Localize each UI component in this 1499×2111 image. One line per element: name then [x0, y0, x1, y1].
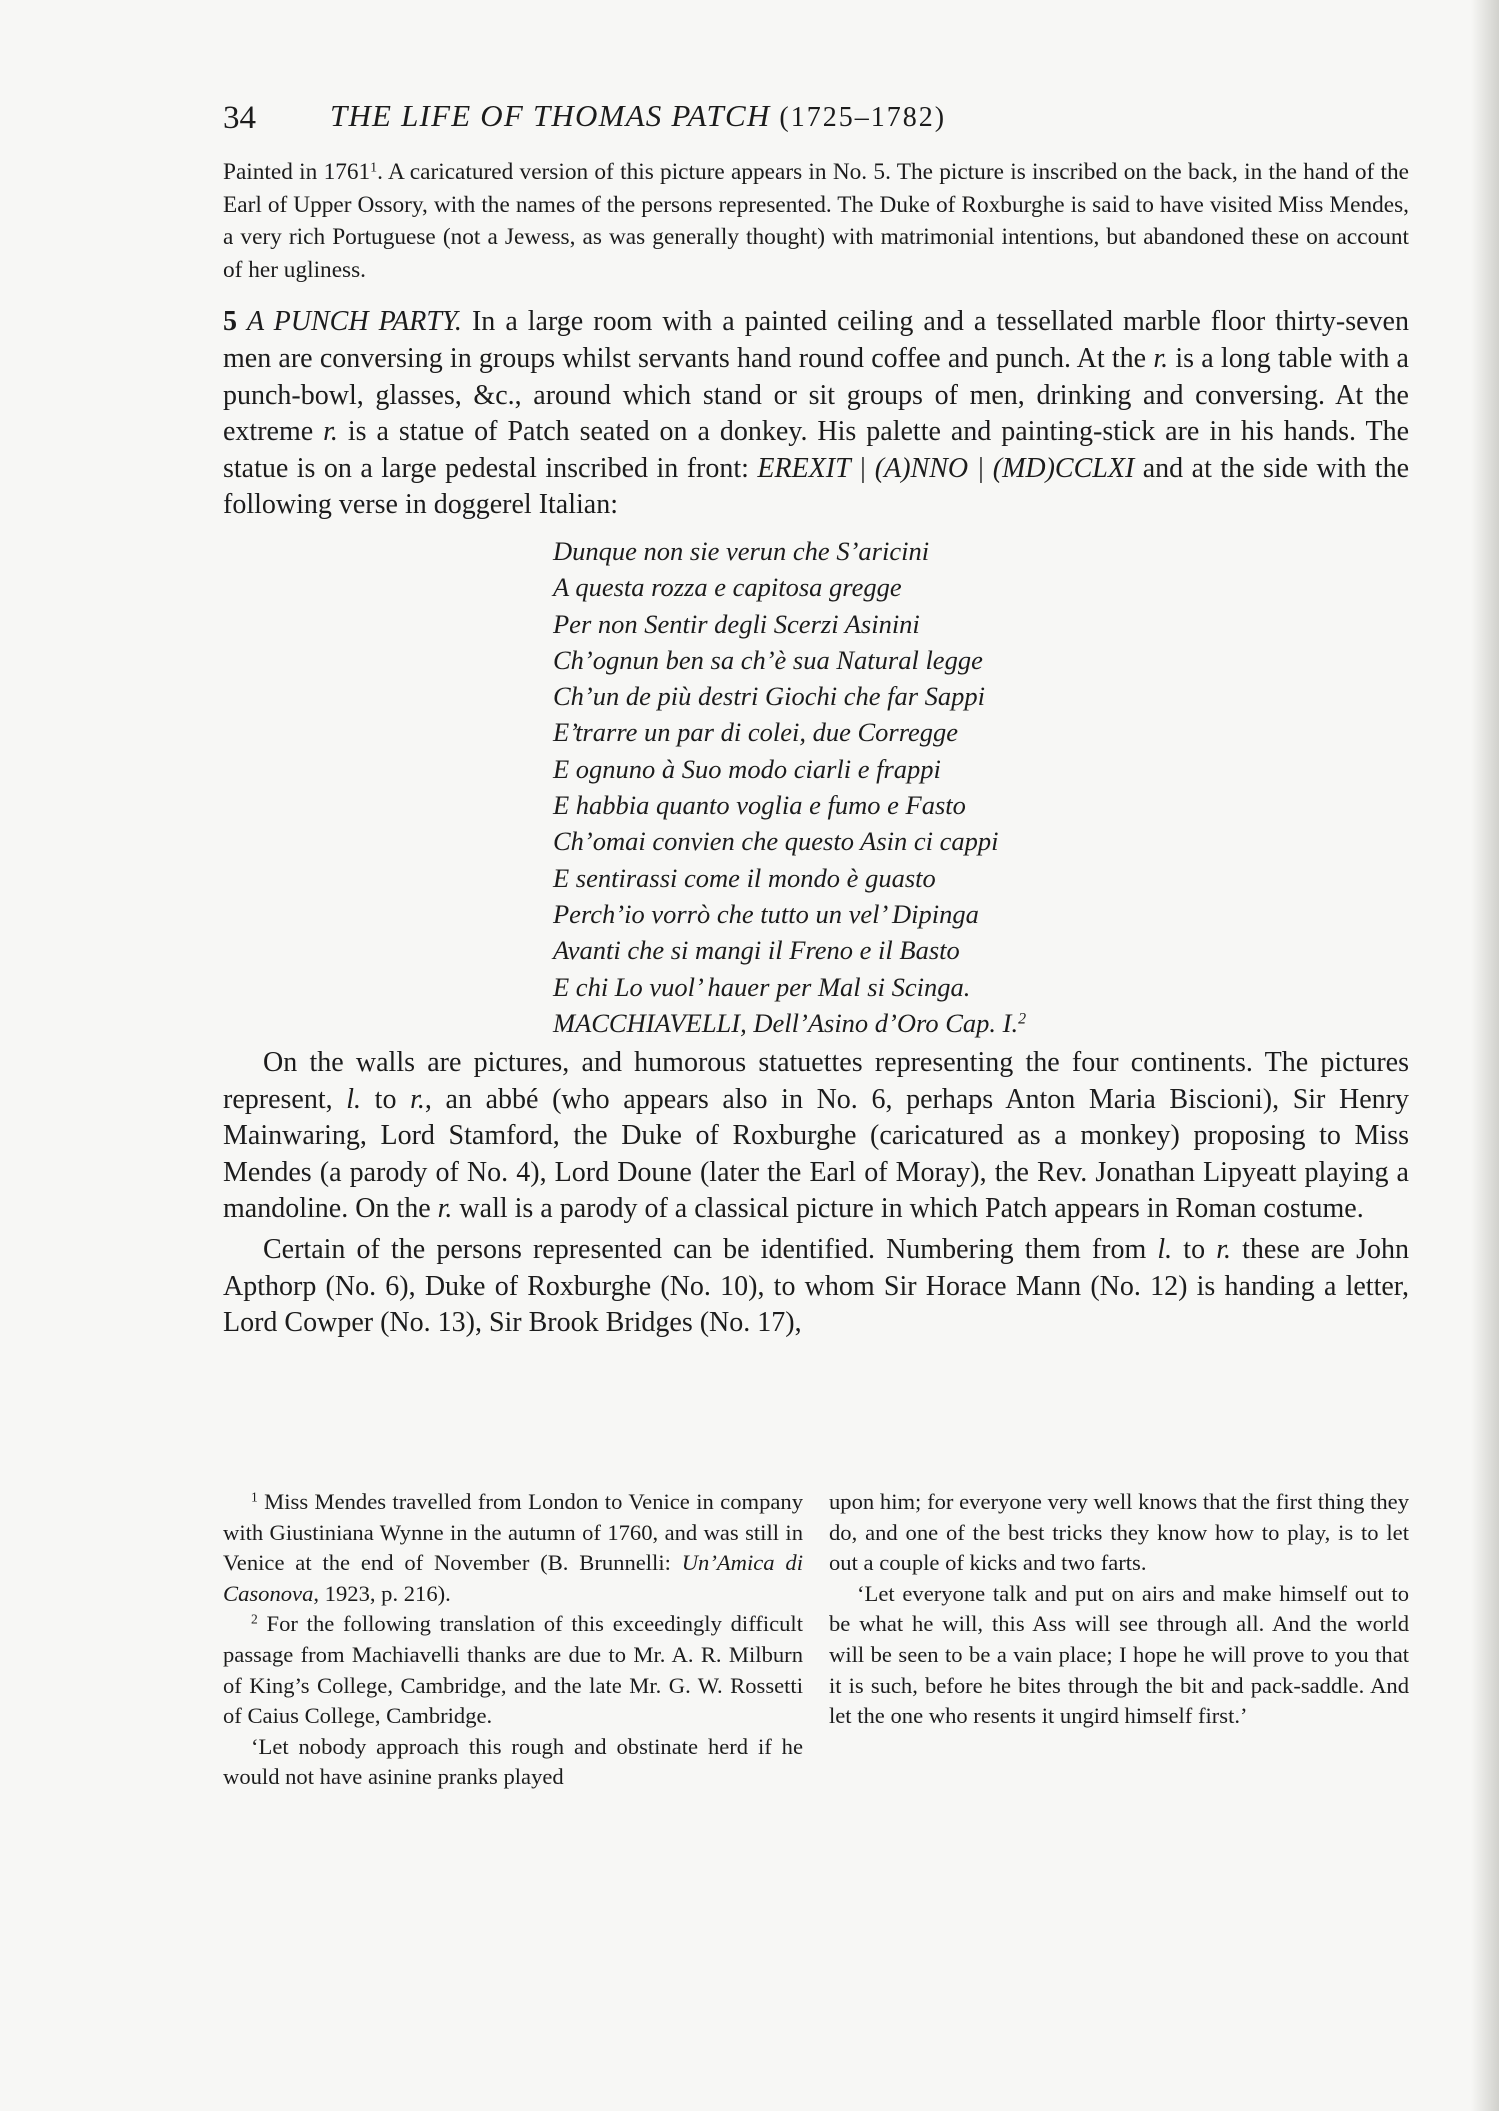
catalogue-entry-5: 5 A PUNCH PARTY. In a large room with a …: [223, 304, 1409, 524]
abbrev-right: r.: [323, 416, 338, 447]
running-head: 34 THE LIFE OF THOMAS PATCH (1725–1782): [223, 96, 1409, 156]
verse-line: Per non Sentir degli Scerzi Asinini: [553, 606, 1409, 642]
footnote-text: , 1923, p. 216).: [313, 1581, 450, 1606]
paragraph-text: to: [1172, 1234, 1216, 1265]
title-dates: (1725–1782): [779, 102, 946, 133]
abbrev-right: r.: [438, 1193, 453, 1224]
italian-verse: Dunque non sie verun che S’aricini A que…: [553, 533, 1409, 1041]
verse-line: E’trarre un par di colei, due Corregge: [553, 714, 1409, 750]
verse-line: E chi Lo vuol’ hauer per Mal si Scinga.: [553, 969, 1409, 1005]
translation-paragraph-1: ‘Let nobody approach this rough and obst…: [223, 1732, 803, 1793]
entry-title: A PUNCH PARTY.: [247, 306, 462, 337]
page-number: 34: [223, 100, 256, 137]
intro-text: Painted in 1761: [223, 159, 370, 185]
verse-line: Ch’ognun ben sa ch’è sua Natural legge: [553, 642, 1409, 678]
intro-text-cont: . A caricatured version of this picture …: [223, 159, 1409, 283]
paragraph-text: to: [361, 1084, 410, 1115]
page-edge-shadow: [1471, 0, 1499, 2111]
footnote-ref-2[interactable]: 2: [1018, 1010, 1026, 1027]
verse-line: E ognuno à Suo modo ciarli e frappi: [553, 751, 1409, 787]
verse-line: Dunque non sie verun che S’aricini: [553, 533, 1409, 569]
verse-line: Perch’io vorrò che tutto un vel’ Dipinga: [553, 896, 1409, 932]
verse-line: E sentirassi come il mondo è guasto: [553, 860, 1409, 896]
footnote-1: 1 Miss Mendes travelled from London to V…: [223, 1487, 803, 1609]
attribution-text: MACCHIAVELLI, Dell’Asino d’Oro Cap. I.: [553, 1008, 1018, 1038]
abbrev-right: r.: [1153, 343, 1168, 374]
intro-paragraph: Painted in 17611. A caricatured version …: [223, 156, 1409, 286]
translation-paragraph-1-cont: upon him; for everyone very well knows t…: [829, 1487, 1409, 1579]
footnote-marker-1: 1: [251, 1490, 258, 1505]
footnote-marker-2: 2: [251, 1612, 258, 1627]
verse-line: A questa rozza e capitosa gregge: [553, 569, 1409, 605]
footnotes-left-column: 1 Miss Mendes travelled from London to V…: [223, 1487, 803, 1793]
footnotes-right-column: upon him; for everyone very well knows t…: [829, 1487, 1409, 1793]
verse-attribution: MACCHIAVELLI, Dell’Asino d’Oro Cap. I.2: [553, 1005, 1409, 1041]
verse-line: Ch’omai convien che questo Asin ci cappi: [553, 823, 1409, 859]
entry-number: 5: [223, 306, 237, 337]
abbrev-left: l.: [1157, 1234, 1172, 1265]
paragraph-text: wall is a parody of a classical picture …: [452, 1193, 1363, 1224]
pedestal-inscription: EREXIT | (A)NNO | (MD)CCLXI: [757, 453, 1134, 484]
abbrev-left: l.: [346, 1084, 361, 1115]
verse-line: E habbia quanto voglia e fumo e Fasto: [553, 787, 1409, 823]
abbrev-right: r.: [1216, 1234, 1231, 1265]
abbrev-right: r.: [410, 1084, 425, 1115]
book-title: THE LIFE OF THOMAS PATCH: [330, 98, 770, 133]
translation-paragraph-2: ‘Let everyone talk and put on airs and m…: [829, 1579, 1409, 1732]
walls-paragraph: On the walls are pictures, and humorous …: [223, 1045, 1409, 1228]
paragraph-text: Certain of the persons represented can b…: [263, 1234, 1157, 1265]
persons-paragraph: Certain of the persons represented can b…: [223, 1232, 1409, 1342]
book-page: 34 THE LIFE OF THOMAS PATCH (1725–1782) …: [223, 96, 1409, 1342]
running-title: THE LIFE OF THOMAS PATCH (1725–1782): [330, 98, 946, 134]
footnotes: 1 Miss Mendes travelled from London to V…: [223, 1487, 1409, 1793]
footnote-text: For the following translation of this ex…: [223, 1611, 803, 1728]
footnote-2: 2 For the following translation of this …: [223, 1609, 803, 1731]
verse-line: Avanti che si mangi il Freno e il Basto: [553, 932, 1409, 968]
verse-line: Ch’un de più destri Giochi che far Sappi: [553, 678, 1409, 714]
